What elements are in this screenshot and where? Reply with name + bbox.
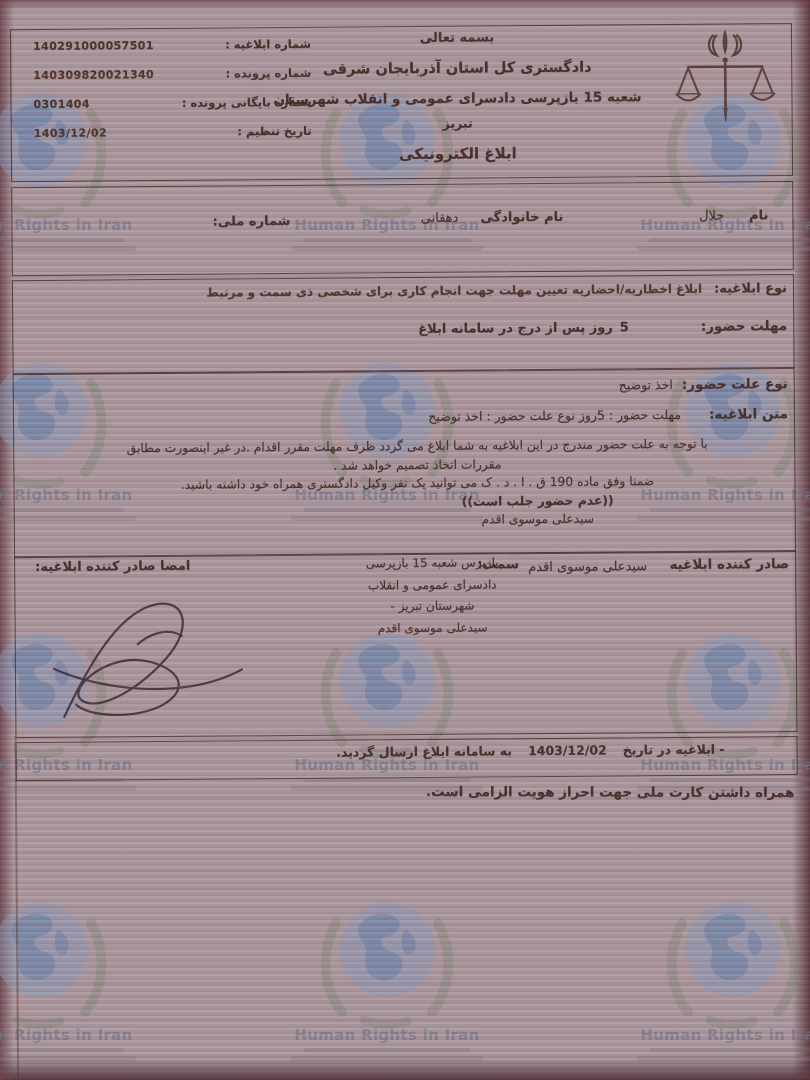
sent-row: - ابلاغیه در تاریخ 1403/12/02 به سامانه … <box>320 742 724 760</box>
signature-label: امضا صادر کننده ابلاغیه: <box>35 559 190 575</box>
position-line: بازپرس شعبه 15 بازپرسی <box>353 552 511 575</box>
notice-paragraph: با توجه به علت حضور مندرج در این ابلاغیه… <box>64 434 771 533</box>
cause-value: اخذ توضیح <box>619 377 673 392</box>
names-box <box>11 181 794 276</box>
notification-document: 140291000057501 شماره ابلاغیه : 14030982… <box>0 0 810 1080</box>
body-intro-row: متن ابلاغیه: مهلت حضور : 5روز نوع علت حض… <box>428 406 788 425</box>
national-id-label: شماره ملی: <box>213 214 291 230</box>
judiciary-scales-icon <box>673 25 778 134</box>
position-block: بازپرس شعبه 15 بازپرسی دادسرای عمومی و ا… <box>353 552 512 639</box>
last-name-value: دهقانی <box>421 211 459 226</box>
sent-suffix: به سامانه ابلاغ ارسال گردید. <box>336 743 512 759</box>
issuer-name: سیدعلی موسوی اقدم <box>528 559 647 575</box>
sent-date: 1403/12/02 <box>528 743 607 759</box>
sent-prefix: - ابلاغیه در تاریخ <box>623 742 725 758</box>
cause-row: نوع علت حضور: اخذ توضیح <box>619 376 788 393</box>
deadline-days: 5 <box>620 320 629 335</box>
document-photo: Human Rights in Iran Human Rights in Ira… <box>0 0 810 1080</box>
archive-number-value: 0301404 <box>33 98 89 111</box>
first-name-value: جلال <box>699 209 724 224</box>
national-id-note: همراه داشتن کارت ملی جهت احراز هویت الزا… <box>426 784 795 801</box>
body-intro-value: مهلت حضور : 5روز نوع علت حضور : اخذ توضی… <box>428 407 681 424</box>
issuer-label: صادر کننده ابلاغیه <box>669 556 789 573</box>
document-title: ابلاغ الکترونیکی <box>238 143 678 164</box>
last-name-label: نام خانوادگی <box>480 210 563 226</box>
deadline-unit: روز پس از درج در سامانه ابلاغ <box>418 320 613 337</box>
notice-type-value: ابلاغ اخطاریه/احضاریه تعیین مهلت جهت انج… <box>206 282 702 300</box>
handwritten-signature <box>41 583 257 735</box>
header-center: بسمه تعالی دادگستری کل استان آذربایجان ش… <box>237 0 677 1</box>
position-line: سیدعلی موسوی اقدم <box>354 617 512 640</box>
body-label: متن ابلاغیه: <box>709 406 788 423</box>
deadline-label: مهلت حضور: <box>701 318 788 335</box>
case-number-value: 140309820021340 <box>33 68 154 82</box>
notice-type-label: نوع ابلاغیه: <box>714 281 787 297</box>
cause-label: نوع علت حضور: <box>682 376 788 393</box>
position-line: دادسرای عمومی و انقلاب <box>353 574 511 597</box>
deadline-row: مهلت حضور: 5 روز پس از درج در سامانه ابل… <box>418 318 787 337</box>
left-edge-line <box>14 736 19 1080</box>
notice-number-value: 140291000057501 <box>33 39 154 53</box>
reg-date-value: 1403/12/02 <box>34 126 107 140</box>
first-name-label: نام <box>749 208 768 223</box>
position-line: شهرستان تبریز - <box>353 595 511 618</box>
